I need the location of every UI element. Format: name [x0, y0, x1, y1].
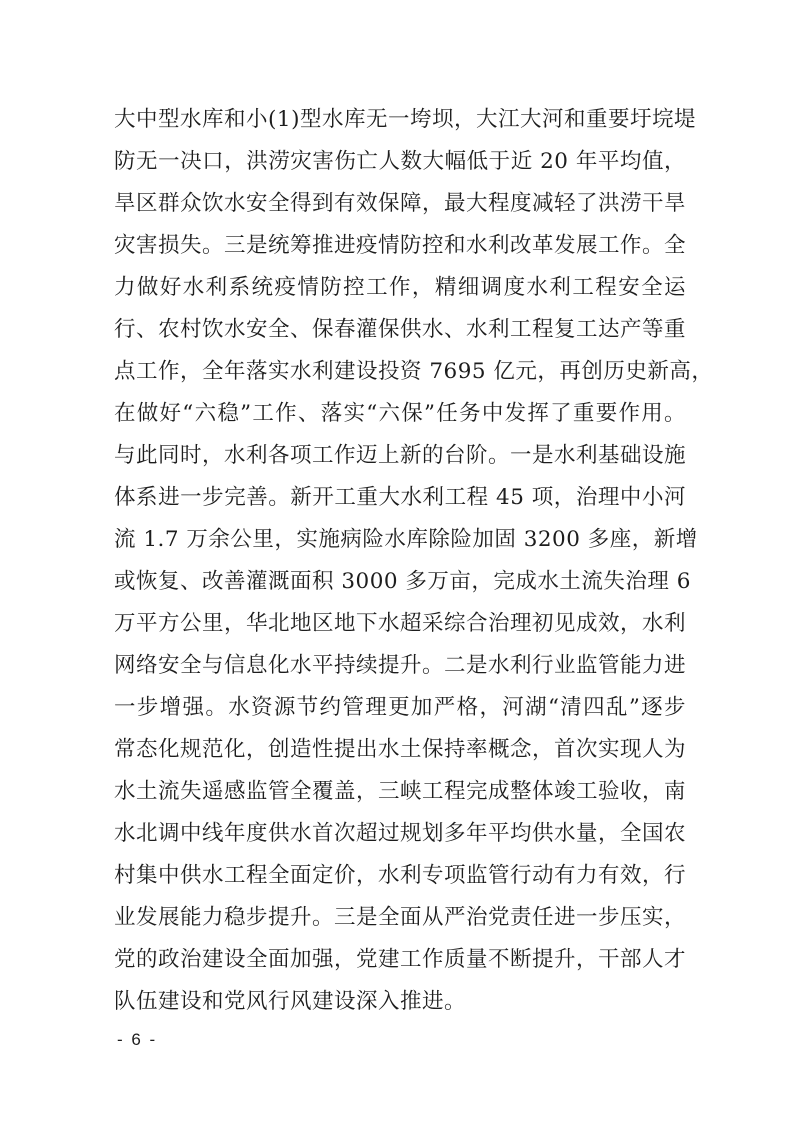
text-line: 党的政治建设全面加强，党建工作质量不断提升，干部人才: [114, 939, 686, 981]
body-text: 大中型水库和小(1)型水库无一垮坝，大江大河和重要圩垸堤防无一决口，洪涝灾害伤亡…: [114, 99, 686, 1023]
text-line: 旱区群众饮水安全得到有效保障，最大程度减轻了洪涝干旱: [114, 183, 686, 225]
text-line: 水土流失遥感监管全覆盖，三峡工程完成整体竣工验收，南: [114, 771, 686, 813]
text-line: 水北调中线年度供水首次超过规划多年平均供水量，全国农: [114, 813, 686, 855]
text-line: 行、农村饮水安全、保春灌保供水、水利工程复工达产等重: [114, 309, 686, 351]
page-number: - 6 -: [117, 1030, 157, 1050]
text-line: 村集中供水工程全面定价，水利专项监管行动有力有效，行: [114, 855, 686, 897]
text-line: 大中型水库和小(1)型水库无一垮坝，大江大河和重要圩垸堤: [114, 99, 686, 141]
document-page: 大中型水库和小(1)型水库无一垮坝，大江大河和重要圩垸堤防无一决口，洪涝灾害伤亡…: [0, 0, 800, 1131]
text-line: 流 1.7 万余公里，实施病险水库除险加固 3200 多座，新增: [114, 519, 686, 561]
text-line: 与此同时，水利各项工作迈上新的台阶。一是水利基础设施: [114, 435, 686, 477]
text-line: 灾害损失。三是统筹推进疫情防控和水利改革发展工作。全: [114, 225, 686, 267]
text-line: 一步增强。水资源节约管理更加严格，河湖“清四乱”逐步: [114, 687, 686, 729]
text-line: 队伍建设和党风行风建设深入推进。: [114, 981, 686, 1023]
text-line: 万平方公里，华北地区地下水超采综合治理初见成效，水利: [114, 603, 686, 645]
text-line: 在做好“六稳”工作、落实“六保”任务中发挥了重要作用。: [114, 393, 686, 435]
text-line: 力做好水利系统疫情防控工作，精细调度水利工程安全运: [114, 267, 686, 309]
text-line: 点工作，全年落实水利建设投资 7695 亿元，再创历史新高，: [114, 351, 686, 393]
text-line: 网络安全与信息化水平持续提升。二是水利行业监管能力进: [114, 645, 686, 687]
text-line: 体系进一步完善。新开工重大水利工程 45 项，治理中小河: [114, 477, 686, 519]
text-line: 防无一决口，洪涝灾害伤亡人数大幅低于近 20 年平均值，: [114, 141, 686, 183]
text-line: 业发展能力稳步提升。三是全面从严治党责任进一步压实，: [114, 897, 686, 939]
text-line: 或恢复、改善灌溉面积 3000 多万亩，完成水土流失治理 6: [114, 561, 686, 603]
text-line: 常态化规范化，创造性提出水土保持率概念，首次实现人为: [114, 729, 686, 771]
